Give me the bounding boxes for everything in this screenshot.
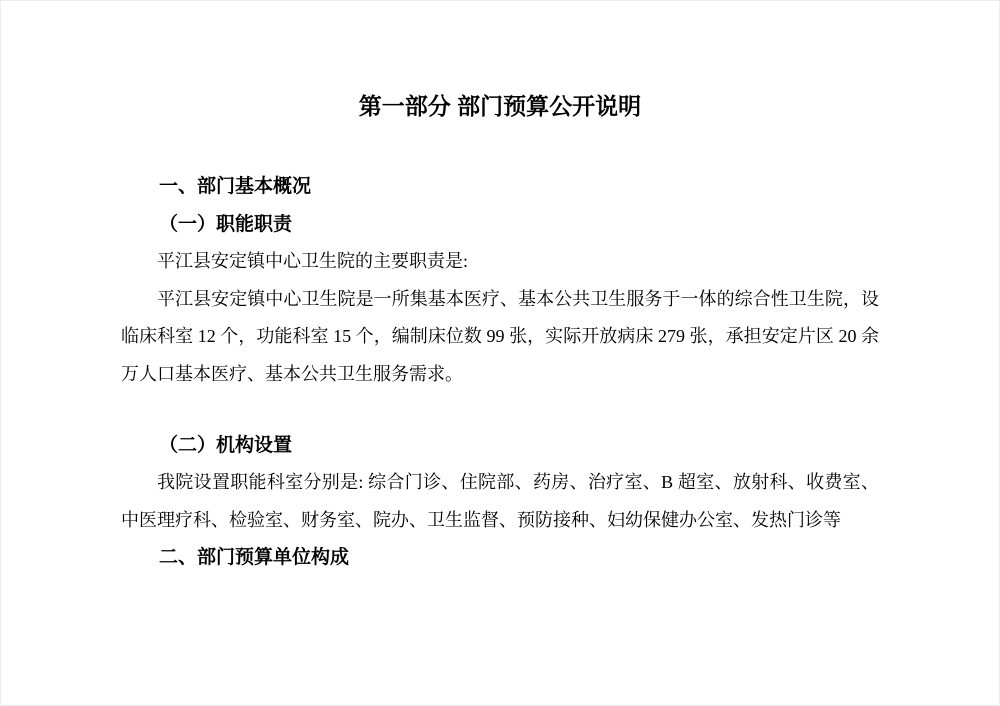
- paragraph-duties-intro: 平江县安定镇中心卫生院的主要职责是:: [121, 243, 879, 281]
- subsection-heading-structure: （二）机构设置: [121, 427, 879, 465]
- section-heading-overview: 一、部门基本概况: [121, 168, 879, 206]
- subsection-heading-duties: （一）职能职责: [121, 206, 879, 244]
- paragraph-duties-detail: 平江县安定镇中心卫生院是一所集基本医疗、基本公共卫生服务于一体的综合性卫生院，设…: [121, 281, 879, 394]
- document-body: 一、部门基本概况 （一）职能职责 平江县安定镇中心卫生院的主要职责是: 平江县安…: [121, 168, 879, 577]
- section-heading-budget-units: 二、部门预算单位构成: [121, 539, 879, 577]
- paragraph-structure-detail: 我院设置职能科室分别是: 综合门诊、住院部、药房、治疗室、B 超室、放射科、收费…: [121, 464, 879, 539]
- blank-line: [121, 394, 879, 427]
- document-page: 第一部分 部门预算公开说明 一、部门基本概况 （一）职能职责 平江县安定镇中心卫…: [0, 0, 1000, 706]
- document-title: 第一部分 部门预算公开说明: [1, 93, 999, 119]
